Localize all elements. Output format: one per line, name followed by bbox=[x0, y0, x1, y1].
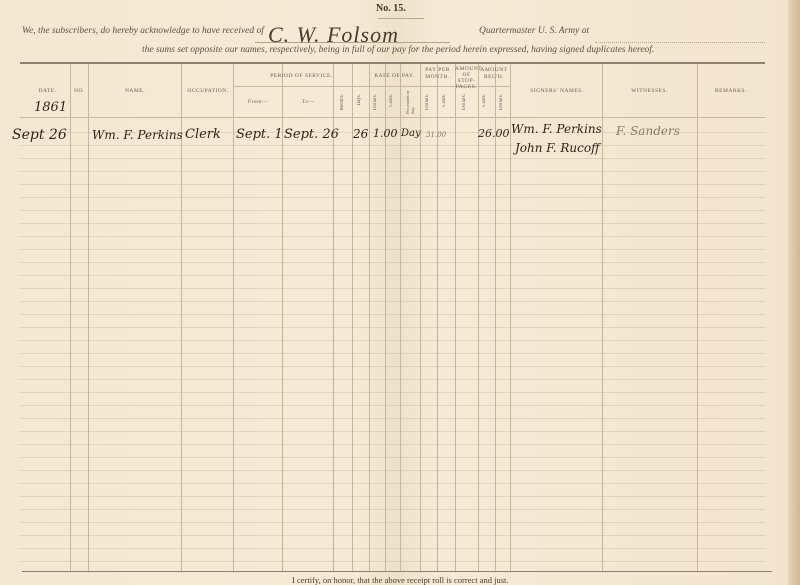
row-rate: 1.00 bbox=[373, 127, 398, 140]
col-stoppages: AMOUNT OF STOP-PAGES. bbox=[455, 66, 478, 90]
col-no: NO. bbox=[71, 88, 88, 94]
col-days: Days. bbox=[357, 94, 362, 106]
col-witnesses: WITNESSES. bbox=[602, 88, 697, 94]
col-ppm-dollars: Dollars. bbox=[425, 94, 430, 110]
header-bottom-rule bbox=[20, 117, 765, 118]
form-number-rule bbox=[378, 18, 424, 19]
row-amount-received: 26.00 bbox=[478, 127, 510, 140]
footer-rule bbox=[22, 571, 772, 572]
col-rate-dollars: Dollars. bbox=[373, 94, 378, 110]
acknowledgement-line: We, the subscribers, do hereby acknowled… bbox=[22, 26, 264, 36]
row-signer: Wm. F. Perkins bbox=[511, 122, 602, 136]
row-from: Sept. 1 bbox=[236, 127, 283, 142]
col-period-of-service: PERIOD OF SERVICE. bbox=[233, 73, 370, 79]
header-sub-rule bbox=[369, 86, 420, 87]
form-number: No. 15. bbox=[376, 3, 406, 14]
row-witness: F. Sanders bbox=[616, 124, 680, 138]
col-ppm-cents: Cents. bbox=[442, 94, 447, 107]
col-amount-received: AMOUNT REC'D. bbox=[478, 67, 510, 81]
row-pay-per-month: 31.00 bbox=[426, 131, 446, 139]
row-date: Sept 26 bbox=[12, 127, 67, 143]
location-line bbox=[595, 42, 765, 43]
col-rate-cents: Cents. bbox=[389, 94, 394, 107]
terms-line: the sums set opposite our names, respect… bbox=[142, 45, 654, 55]
col-date: DATE. bbox=[30, 88, 65, 94]
col-stop-cents: Cents. bbox=[482, 94, 487, 107]
row-to: Sept. 26 bbox=[284, 127, 339, 142]
col-signers-names: SIGNERS' NAMES. bbox=[512, 88, 602, 94]
col-rate-per: Per month or day. bbox=[405, 90, 415, 114]
col-remarks: REMARKS. bbox=[697, 88, 765, 94]
row-name: Wm. F. Perkins bbox=[92, 128, 183, 142]
col-name: NAME. bbox=[90, 88, 180, 94]
col-recd-dollars: Dollars. bbox=[499, 94, 504, 110]
paper-edge bbox=[788, 0, 800, 585]
row-days: 26 bbox=[353, 127, 368, 141]
row-occupation: Clerk bbox=[185, 127, 221, 142]
col-from: From— bbox=[234, 99, 282, 105]
quartermaster-label: Quartermaster U. S. Army at bbox=[479, 26, 589, 36]
col-pay-per-month: PAY PER MONTH. bbox=[420, 67, 455, 81]
col-occupation: OCCUPATION. bbox=[183, 88, 233, 94]
header-top-rule bbox=[20, 62, 765, 64]
header-sub-rule bbox=[233, 86, 370, 87]
col-rate-of-pay: RATE OF PAY. bbox=[369, 73, 420, 79]
col-to: To— bbox=[283, 99, 333, 105]
year: 1861 bbox=[34, 100, 67, 115]
ruled-entry-area bbox=[20, 120, 765, 570]
certification-text: I certify, on honor, that the above rece… bbox=[292, 575, 509, 585]
col-stop-dollars: Dollars. bbox=[462, 94, 467, 110]
col-months: Months. bbox=[340, 94, 345, 111]
row-signer-2: John F. Rucoff bbox=[515, 141, 600, 155]
row-rate-per: Day bbox=[401, 128, 421, 139]
